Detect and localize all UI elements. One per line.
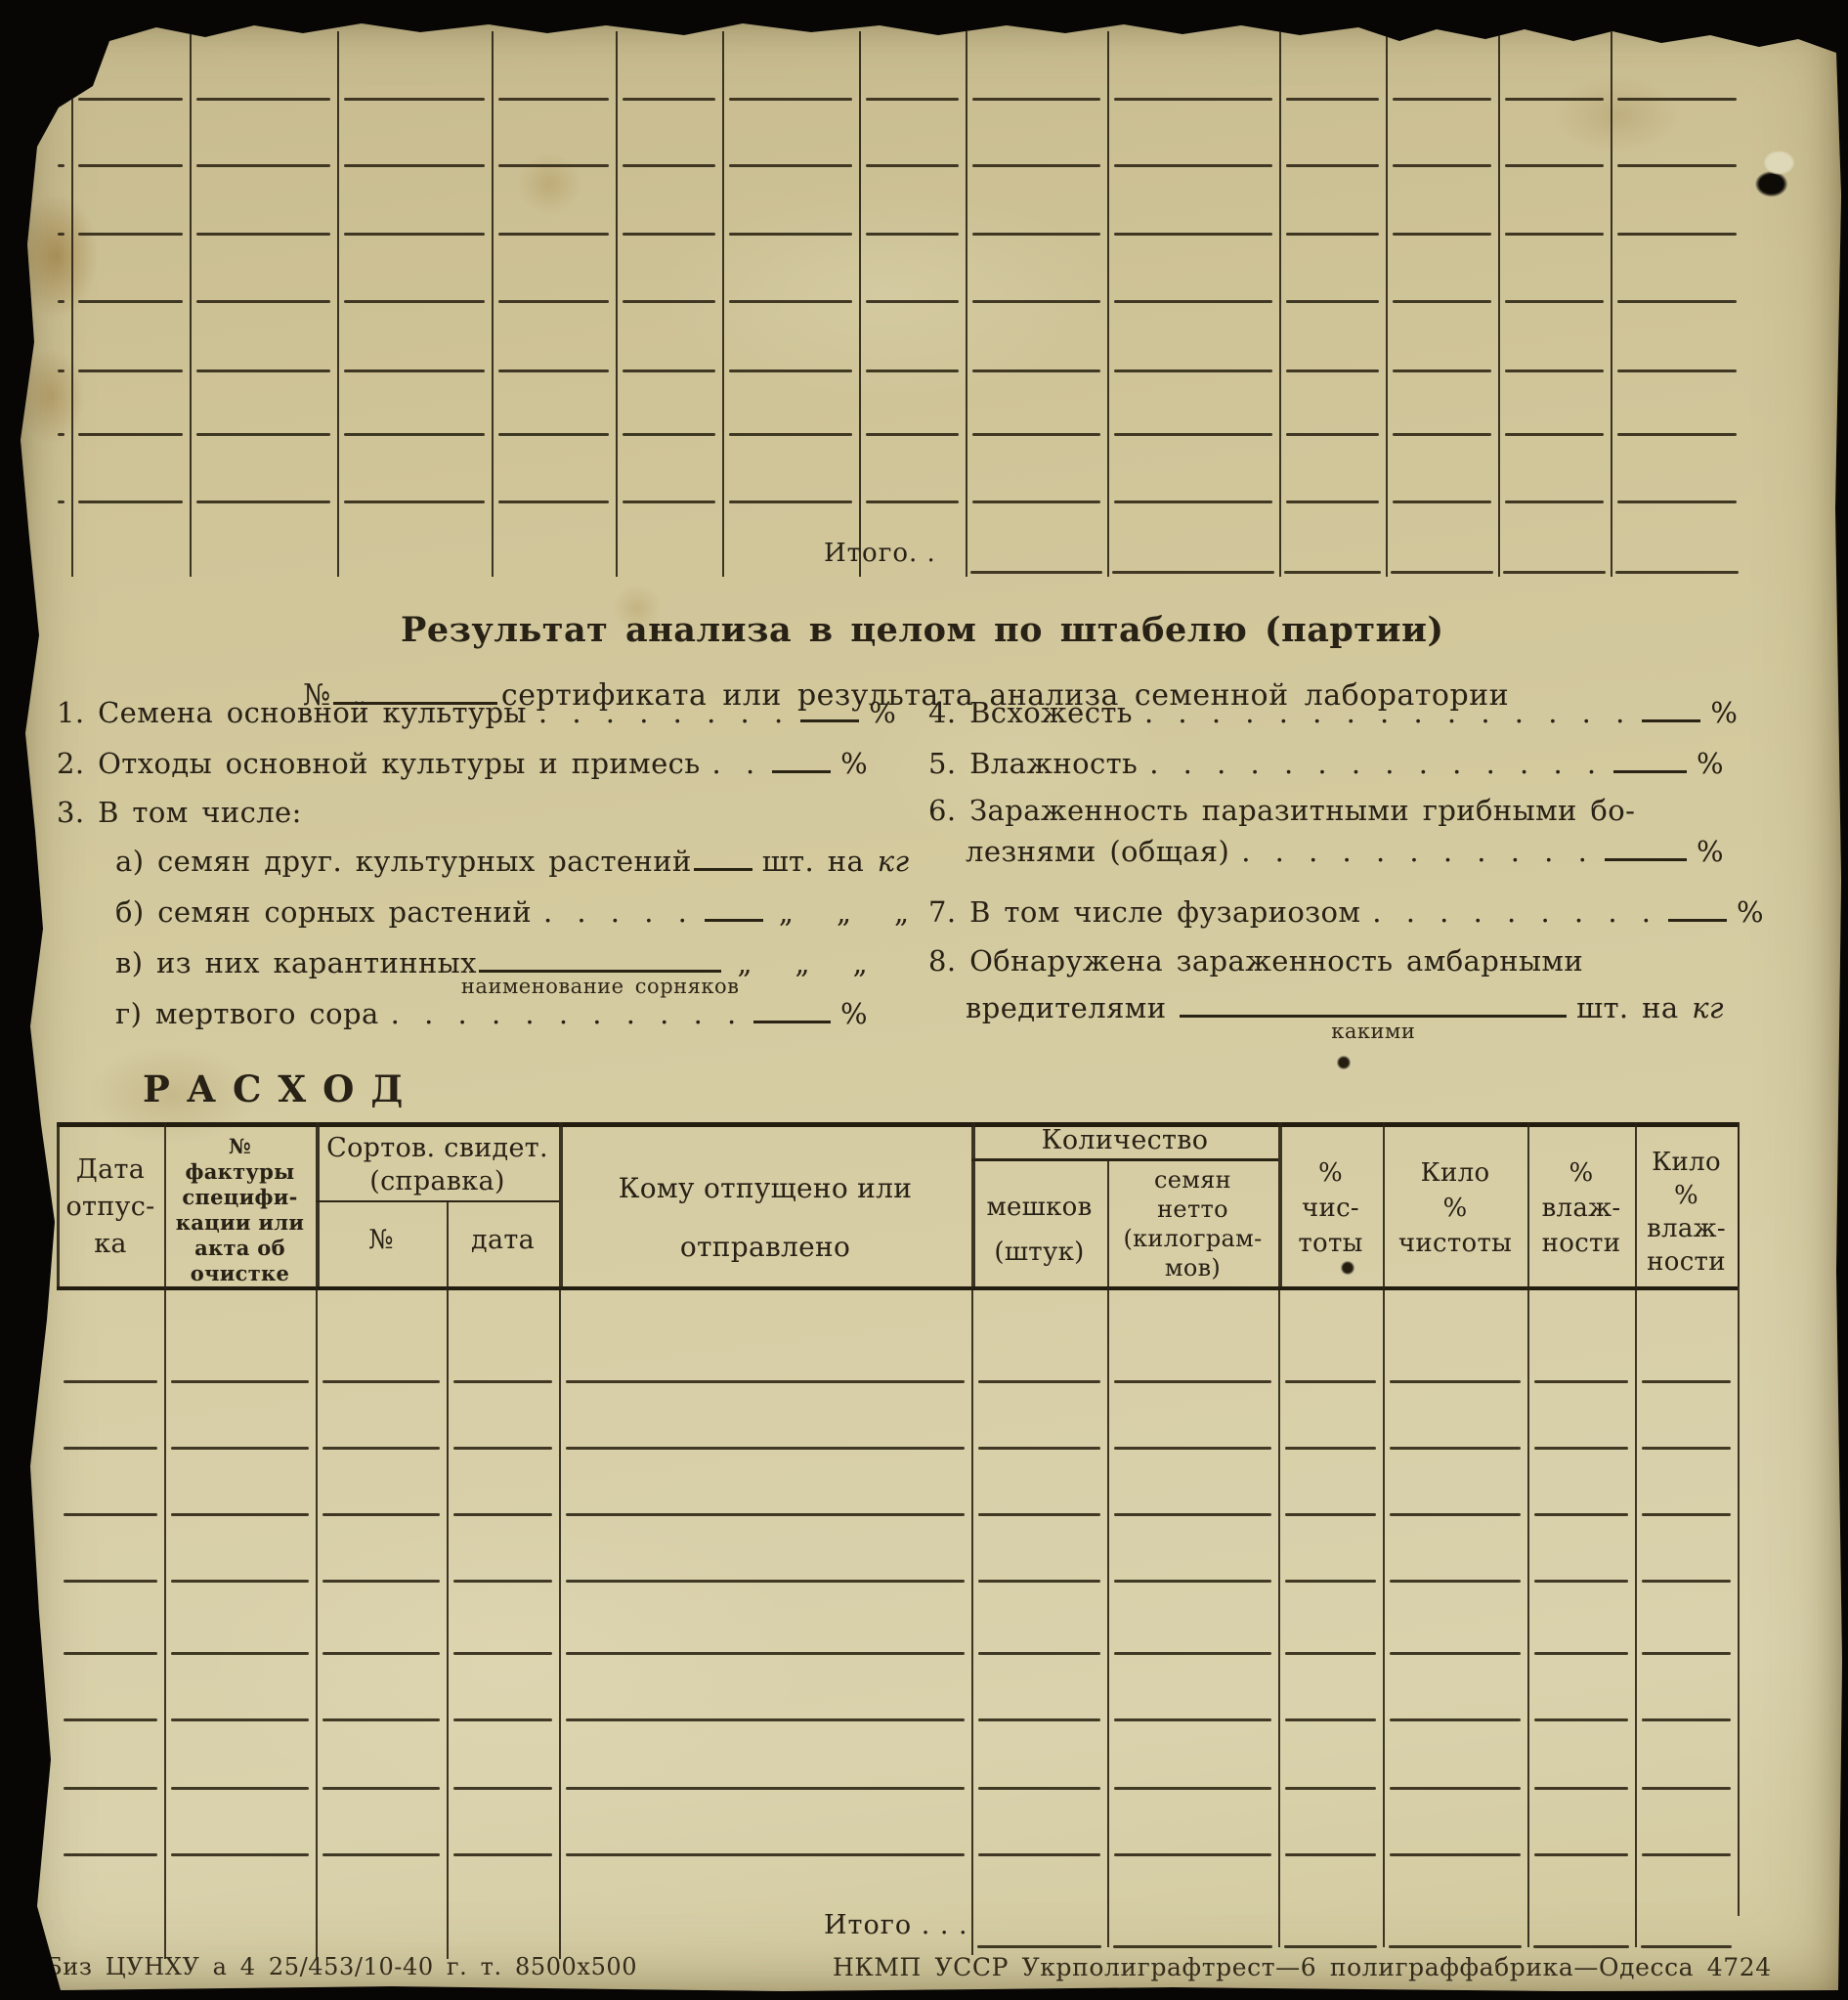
item-unit: % xyxy=(840,747,868,780)
grid-line xyxy=(196,164,330,167)
item-unit: % xyxy=(1710,696,1738,729)
grid-line xyxy=(453,1787,552,1790)
grid-line xyxy=(196,300,330,303)
analysis-item-8-line2: вредителями какими шт. на кг xyxy=(966,989,1724,1024)
grid-line xyxy=(498,233,609,236)
grid-line xyxy=(1505,370,1604,372)
item-label: 8. Обнаружена зараженность амбарными xyxy=(928,944,1583,978)
grid-line xyxy=(1286,500,1379,503)
grid-line xyxy=(344,164,485,167)
grid-line xyxy=(729,500,852,503)
grid-line xyxy=(322,1652,440,1655)
grid-line xyxy=(1286,370,1379,372)
grid-line xyxy=(64,1513,157,1516)
grid-line xyxy=(970,571,1102,574)
grid-line xyxy=(1635,1286,1637,1947)
grid-line xyxy=(58,370,64,372)
grid-line xyxy=(623,433,715,436)
unit-text: шт. на xyxy=(1576,991,1678,1024)
grid-line xyxy=(972,233,1100,236)
grid-line xyxy=(866,370,959,372)
grid-line xyxy=(1286,98,1379,101)
grid-line xyxy=(1393,433,1491,436)
grid-line xyxy=(78,164,183,167)
paper-sheet: Итого. . Результат анализа в целом по шт… xyxy=(0,0,1848,2000)
grid-line xyxy=(1285,1447,1376,1450)
grid-line xyxy=(1615,571,1739,574)
item-label: в) из них карантинных xyxy=(115,946,477,979)
grid-line xyxy=(322,1787,440,1790)
grid-line xyxy=(344,370,485,372)
grid-line xyxy=(1286,164,1379,167)
grid-line xyxy=(722,31,724,577)
analysis-item-3g: г) мертвого сора . . . . . . . . . . . % xyxy=(115,995,868,1030)
analysis-item-8-line1: 8. Обнаружена зараженность амбарными xyxy=(928,942,1724,978)
analysis-item-3b: б) семян сорных растений . . . . . „ „ „ xyxy=(115,893,868,929)
grid-line xyxy=(58,433,64,436)
col-header-moisture-pct: % влаж- ности xyxy=(1529,1155,1633,1261)
grid-line xyxy=(1534,1787,1628,1790)
analysis-item-1: 1. Семена основной культуры . . . . . . … xyxy=(57,694,868,729)
blank-line xyxy=(694,868,752,871)
grid-line xyxy=(322,1853,440,1856)
grid-line xyxy=(1390,1580,1521,1583)
grid-line xyxy=(978,1447,1100,1450)
grid-line xyxy=(729,433,852,436)
grid-line xyxy=(623,164,715,167)
grid-line xyxy=(1534,1718,1628,1721)
grid-line xyxy=(1114,370,1272,372)
dot-leader: . . . . . . . . . . . . . . xyxy=(1149,747,1602,780)
analysis-item-4: 4. Всхожесть . . . . . . . . . . . . . .… xyxy=(928,694,1724,729)
analysis-item-6-line1: 6. Зараженность паразитными грибными бо- xyxy=(928,792,1724,827)
grid-line xyxy=(1285,1580,1376,1583)
blank-line xyxy=(800,719,859,722)
grid-line xyxy=(566,1513,965,1516)
grid-line xyxy=(972,98,1100,101)
grid-line xyxy=(1642,1853,1731,1856)
col-header-qty-net: семян нетто (килограм- мов) xyxy=(1109,1165,1276,1283)
grid-line xyxy=(71,31,73,577)
grid-line xyxy=(1285,1380,1376,1383)
grid-line xyxy=(966,31,967,577)
grid-line xyxy=(453,1853,552,1856)
grid-line xyxy=(58,233,64,236)
grid-line xyxy=(1285,1513,1376,1516)
grid-line xyxy=(1642,1787,1731,1790)
col-header-cert-no: № xyxy=(318,1224,445,1257)
item-unit: шт. на кг xyxy=(1576,991,1724,1024)
blank-line xyxy=(1668,919,1727,922)
top-table-total-label: Итого. . xyxy=(824,539,936,568)
grid-line xyxy=(337,31,339,577)
grid-line xyxy=(171,1652,309,1655)
grid-line xyxy=(866,500,959,503)
grid-line xyxy=(1114,164,1272,167)
grid-line xyxy=(1285,1652,1376,1655)
analysis-item-5: 5. Влажность . . . . . . . . . . . . . .… xyxy=(928,745,1724,780)
grid-line xyxy=(64,1853,157,1856)
grid-line xyxy=(1390,1787,1521,1790)
item-label: г) мертвого сора xyxy=(115,997,379,1030)
grid-line xyxy=(190,31,192,577)
grid-line xyxy=(1534,1580,1628,1583)
grid-line xyxy=(57,1122,1740,1127)
blank-line xyxy=(705,919,763,922)
grid-line xyxy=(1393,300,1491,303)
footer-imprint-left: Биз ЦУНХУ а 4 25/453/10-40 г. т. 8500х50… xyxy=(45,1953,637,1980)
grid-line xyxy=(58,98,64,101)
ditto-marks: „ „ „ xyxy=(737,946,868,979)
analysis-item-3: 3. В том числе: xyxy=(57,794,868,829)
grid-line xyxy=(1527,1286,1529,1947)
item-unit: % xyxy=(1697,835,1724,868)
grid-line xyxy=(566,1652,965,1655)
grid-line xyxy=(322,1580,440,1583)
grid-line xyxy=(1390,1718,1521,1721)
grid-line xyxy=(1286,433,1379,436)
grid-line xyxy=(616,31,618,577)
col-header-purity-pct: % чис- тоты xyxy=(1280,1155,1381,1261)
blank-line: какими xyxy=(1180,1015,1567,1018)
grid-line xyxy=(78,370,183,372)
analysis-item-2: 2. Отходы основной культуры и примесь . … xyxy=(57,745,868,780)
grid-line xyxy=(978,1853,1100,1856)
item-label: 5. Влажность xyxy=(928,747,1138,780)
grid-line xyxy=(196,433,330,436)
grid-line xyxy=(866,98,959,101)
expense-section-heading: РАСХОД xyxy=(143,1067,419,1110)
grid-line xyxy=(972,370,1100,372)
grid-line xyxy=(322,1513,440,1516)
dot-leader: . . . . . . . . . . . xyxy=(391,997,743,1030)
dot-leader: . . xyxy=(712,747,761,780)
grid-line xyxy=(344,300,485,303)
analysis-item-7: 7. В том числе фузариозом . . . . . . . … xyxy=(928,893,1724,929)
grid-line xyxy=(1390,1652,1521,1655)
col-header-date: Дата отпус- ка xyxy=(57,1152,164,1263)
ditto-marks: „ „ „ xyxy=(779,895,910,929)
grid-line xyxy=(1285,1718,1376,1721)
grid-line xyxy=(344,98,485,101)
grid-line xyxy=(1279,31,1281,577)
grid-line xyxy=(196,98,330,101)
grid-line xyxy=(978,1513,1100,1516)
grid-line xyxy=(453,1513,552,1516)
grid-line xyxy=(977,1945,1101,1948)
grid-line xyxy=(171,1853,309,1856)
grid-line xyxy=(453,1652,552,1655)
grid-line xyxy=(729,370,852,372)
grid-line xyxy=(971,1158,1278,1161)
grid-line xyxy=(729,300,852,303)
grid-line xyxy=(859,31,861,577)
grid-line xyxy=(316,1200,559,1202)
item-label: 2. Отходы основной культуры и примесь xyxy=(57,747,701,780)
grid-line xyxy=(322,1447,440,1450)
grid-line xyxy=(1114,1580,1271,1583)
grid-line xyxy=(453,1380,552,1383)
grid-line xyxy=(1386,31,1388,577)
col-header-purity-kilo: Кило % чистоты xyxy=(1385,1155,1526,1261)
grid-line xyxy=(78,98,183,101)
grid-line xyxy=(64,1580,157,1583)
grid-line xyxy=(1107,31,1109,577)
grid-line xyxy=(1390,1447,1521,1450)
grid-line xyxy=(978,1580,1100,1583)
grid-line xyxy=(453,1447,552,1450)
grid-line xyxy=(1503,571,1606,574)
grid-line xyxy=(623,233,715,236)
grid-line xyxy=(866,433,959,436)
grid-line xyxy=(566,1447,965,1450)
grid-line xyxy=(1505,500,1604,503)
grid-line xyxy=(1286,300,1379,303)
grid-line xyxy=(1533,1945,1629,1948)
grid-line xyxy=(1498,31,1500,577)
grid-line xyxy=(171,1718,309,1721)
grid-line xyxy=(78,300,183,303)
item-label: лезнями (общая) xyxy=(966,835,1229,868)
grid-line xyxy=(1389,1945,1522,1948)
grid-line xyxy=(972,433,1100,436)
analysis-item-6-line2: лезнями (общая) . . . . . . . . . . . % xyxy=(966,833,1724,868)
grid-line xyxy=(623,370,715,372)
grid-line xyxy=(1278,1286,1280,1947)
grid-line xyxy=(1738,1122,1740,1916)
grid-line xyxy=(498,500,609,503)
grid-line xyxy=(64,1652,157,1655)
grid-line xyxy=(866,233,959,236)
grid-line xyxy=(1534,1447,1628,1450)
grid-line xyxy=(1114,233,1272,236)
col-header-cert-date: дата xyxy=(449,1224,557,1257)
blank-line: наименование сорняков xyxy=(479,970,722,973)
dot-leader: . . . . . . . . xyxy=(538,696,789,729)
item-unit: шт. на кг xyxy=(762,845,910,878)
grid-line xyxy=(344,233,485,236)
grid-line xyxy=(1286,233,1379,236)
grid-line xyxy=(566,1787,965,1790)
grid-line xyxy=(453,1718,552,1721)
grid-line xyxy=(1112,571,1274,574)
grid-line xyxy=(1284,1945,1377,1948)
grid-line xyxy=(1534,1652,1628,1655)
item-label: 1. Семена основной культуры xyxy=(57,696,527,729)
grid-line xyxy=(1505,233,1604,236)
grid-line xyxy=(1114,1652,1271,1655)
grid-line xyxy=(196,233,330,236)
col-header-recipient: Кому отпущено или отправлено xyxy=(561,1159,969,1277)
grid-line xyxy=(344,433,485,436)
item-unit: % xyxy=(840,997,868,1030)
grid-line xyxy=(492,31,494,577)
grid-line xyxy=(196,370,330,372)
dot-leader: . . . . . xyxy=(543,895,693,929)
item-label: б) семян сорных растений xyxy=(115,895,532,929)
unit-kg: кг xyxy=(1692,991,1724,1024)
grid-line xyxy=(322,1718,440,1721)
grid-line xyxy=(1505,433,1604,436)
paper-speck xyxy=(1339,1259,1356,1279)
item-unit: % xyxy=(1697,747,1724,780)
grid-line xyxy=(1393,164,1491,167)
item-label: а) семян друг. культурных растений xyxy=(115,845,692,878)
grid-line xyxy=(566,1853,965,1856)
grid-line xyxy=(344,500,485,503)
grid-line xyxy=(1284,571,1381,574)
grid-line xyxy=(498,164,609,167)
grid-line xyxy=(1114,1380,1271,1383)
item-unit: % xyxy=(869,696,896,729)
scanned-page: Итого. . Результат анализа в целом по шт… xyxy=(0,0,1848,2000)
grid-line xyxy=(1642,1652,1731,1655)
grid-line xyxy=(64,1718,157,1721)
grid-line xyxy=(1617,433,1737,436)
dot-leader: . . . . . . . . . . . . . . . xyxy=(1144,696,1630,729)
grid-line xyxy=(729,98,852,101)
grid-line xyxy=(64,1380,157,1383)
grid-line xyxy=(447,1286,449,1959)
analysis-title: Результат анализа в целом по штабелю (па… xyxy=(401,610,1444,650)
grid-line xyxy=(978,1718,1100,1721)
grid-line xyxy=(164,1286,166,1959)
grid-line xyxy=(559,1286,561,1959)
grid-line xyxy=(566,1718,965,1721)
grid-line xyxy=(1114,300,1272,303)
grid-line xyxy=(729,233,852,236)
grid-line xyxy=(78,433,183,436)
grid-line xyxy=(57,1286,1738,1290)
grid-line xyxy=(64,1447,157,1450)
grid-line xyxy=(978,1380,1100,1383)
col-header-cert-group: Сортов. свидет. (справка) xyxy=(318,1132,557,1198)
grid-line xyxy=(1113,1945,1272,1948)
paper-speck xyxy=(1335,1054,1353,1073)
grid-line xyxy=(1642,1513,1731,1516)
grid-line xyxy=(1390,1853,1521,1856)
grid-line xyxy=(171,1513,309,1516)
grid-line xyxy=(171,1380,309,1383)
grid-line xyxy=(498,98,609,101)
grid-line xyxy=(1617,300,1737,303)
grid-line xyxy=(1114,1853,1271,1856)
col-header-moisture-kilo: Кило % влаж- ности xyxy=(1637,1146,1736,1279)
grid-line xyxy=(566,1580,965,1583)
grid-line xyxy=(1107,1286,1109,1947)
grid-line xyxy=(1390,1513,1521,1516)
grid-line xyxy=(972,164,1100,167)
grid-line xyxy=(1534,1853,1628,1856)
grid-line xyxy=(171,1447,309,1450)
blank-line xyxy=(772,770,831,773)
grid-line xyxy=(78,500,183,503)
blank-line xyxy=(1642,719,1700,722)
grid-line xyxy=(978,1787,1100,1790)
grid-line xyxy=(58,300,64,303)
analysis-item-3v: в) из них карантинных наименование сорня… xyxy=(115,944,868,979)
grid-line xyxy=(1617,233,1737,236)
grid-line xyxy=(498,370,609,372)
grid-line xyxy=(1114,1513,1271,1516)
grid-line xyxy=(623,300,715,303)
grid-line xyxy=(1617,98,1737,101)
item-unit: % xyxy=(1737,895,1764,929)
grid-line xyxy=(978,1652,1100,1655)
grid-line xyxy=(1641,1945,1732,1948)
col-header-qty-bags: мешков (штук) xyxy=(973,1185,1105,1275)
grid-line xyxy=(1114,1447,1271,1450)
grid-line xyxy=(78,233,183,236)
grid-line xyxy=(1617,500,1737,503)
grid-line xyxy=(1642,1447,1731,1450)
grid-line xyxy=(1393,98,1491,101)
blank-line xyxy=(1613,770,1687,773)
grid-line xyxy=(972,500,1100,503)
grid-line xyxy=(322,1380,440,1383)
grid-line xyxy=(64,1787,157,1790)
blank-line-caption: какими xyxy=(1331,1020,1415,1043)
grid-line xyxy=(1393,233,1491,236)
grid-line xyxy=(866,300,959,303)
grid-line xyxy=(1642,1580,1731,1583)
grid-line xyxy=(1114,1787,1271,1790)
dot-leader: . . . . . . . . . . . xyxy=(1241,835,1593,868)
grid-line xyxy=(623,500,715,503)
grid-line xyxy=(1391,571,1493,574)
blank-line xyxy=(1605,858,1687,861)
grid-line xyxy=(1390,1380,1521,1383)
dot-leader: . . . . . . . . . xyxy=(1372,895,1656,929)
footer-imprint-right: НКМП УССР Укрполиграфтрест—6 полиграффаб… xyxy=(833,1953,1772,1981)
grid-line xyxy=(1534,1513,1628,1516)
grid-line xyxy=(1285,1853,1376,1856)
item-label: вредителями xyxy=(966,991,1166,1024)
grid-line xyxy=(1505,300,1604,303)
item-label: 3. В том числе: xyxy=(57,796,302,829)
paper-hole xyxy=(1747,143,1802,205)
grid-line xyxy=(1642,1718,1731,1721)
grid-line xyxy=(498,300,609,303)
grid-line xyxy=(1611,31,1612,577)
grid-line xyxy=(1617,164,1737,167)
item-label: 7. В том числе фузариозом xyxy=(928,895,1360,929)
grid-line xyxy=(316,1286,318,1959)
col-header-qty-group: Количество xyxy=(973,1124,1276,1157)
grid-line xyxy=(1505,98,1604,101)
expense-total-label: Итого . . . xyxy=(824,1910,968,1940)
grid-line xyxy=(729,164,852,167)
grid-line xyxy=(623,98,715,101)
grid-line xyxy=(1505,164,1604,167)
grid-line xyxy=(1114,98,1272,101)
grid-line xyxy=(453,1580,552,1583)
item-label: 4. Всхожесть xyxy=(928,696,1133,729)
grid-line xyxy=(866,164,959,167)
grid-line xyxy=(58,164,64,167)
grid-line xyxy=(196,500,330,503)
grid-line xyxy=(1285,1787,1376,1790)
grid-line xyxy=(498,433,609,436)
grid-line xyxy=(171,1580,309,1583)
grid-line xyxy=(1534,1380,1628,1383)
grid-line xyxy=(1114,433,1272,436)
analysis-item-3a: а) семян друг. культурных растений шт. н… xyxy=(115,843,868,878)
grid-line xyxy=(971,1286,973,1955)
grid-line xyxy=(1114,500,1272,503)
blank-line xyxy=(753,1021,831,1023)
grid-line xyxy=(1393,500,1491,503)
